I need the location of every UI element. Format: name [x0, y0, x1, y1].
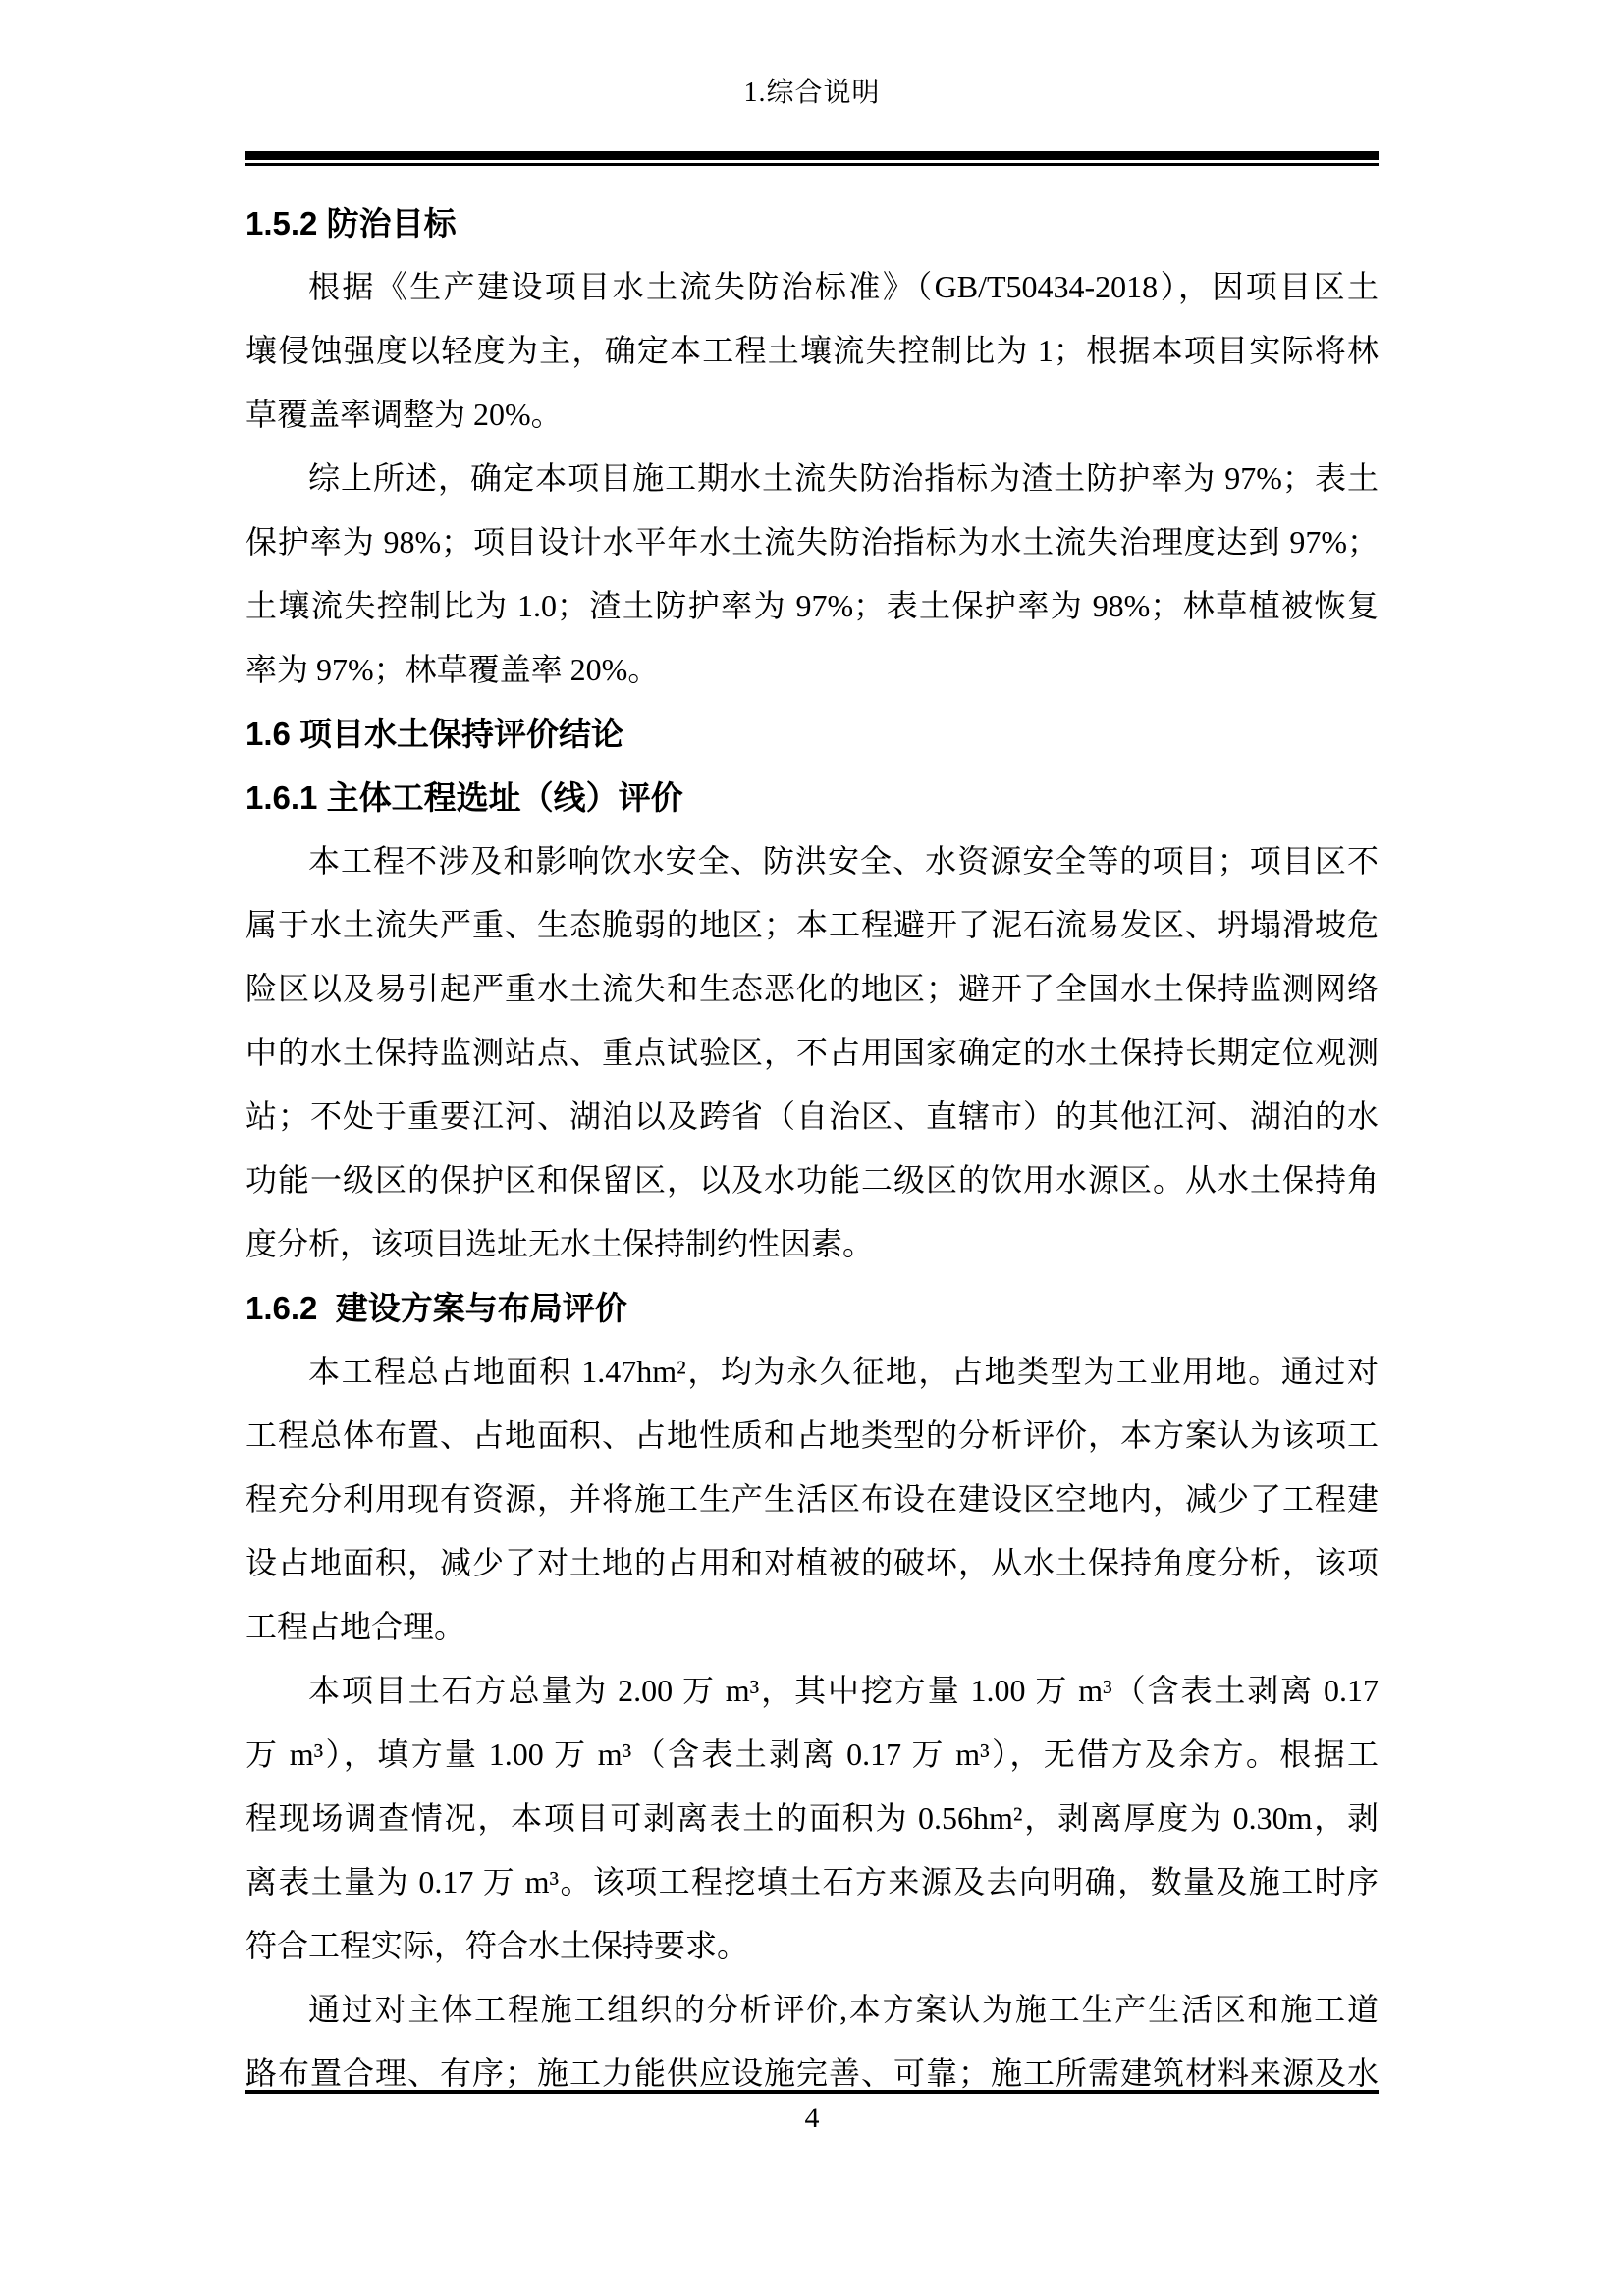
body-line: 保护率为 98%；项目设计水平年水土流失防治指标为水土流失治理度达到 97%；: [245, 510, 1379, 574]
section-heading: 1.6 项目水土保持评价结论: [245, 702, 1379, 766]
body-line: 离表土量为 0.17 万 m³。该项工程挖填土石方来源及去向明确，数量及施工时序: [245, 1850, 1379, 1914]
body-line: 设占地面积，减少了对土地的占用和对植被的破坏，从水土保持角度分析，该项: [245, 1531, 1379, 1595]
header-rule-thick: [245, 151, 1379, 160]
section-heading: 1.5.2 防治目标: [245, 191, 1379, 255]
body-line: 草覆盖率调整为 20%。: [245, 383, 1379, 447]
body-line: 万 m³），填方量 1.00 万 m³（含表土剥离 0.17 万 m³），无借方…: [245, 1723, 1379, 1787]
body-line: 根据《生产建设项目水土流失防治标准》（GB/T50434-2018），因项目区土: [245, 255, 1379, 319]
body-line: 功能一级区的保护区和保留区，以及水功能二级区的饮用水源区。从水土保持角: [245, 1148, 1379, 1212]
body-line: 路布置合理、有序；施工力能供应设施完善、可靠；施工所需建筑材料来源及水: [245, 2042, 1379, 2106]
body-line: 壤侵蚀强度以轻度为主，确定本工程土壤流失控制比为 1；根据本项目实际将林: [245, 319, 1379, 383]
body-line: 率为 97%；林草覆盖率 20%。: [245, 638, 1379, 702]
body-line: 站；不处于重要江河、湖泊以及跨省（自治区、直辖市）的其他江河、湖泊的水: [245, 1085, 1379, 1148]
document-body: 1.5.2 防治目标根据《生产建设项目水土流失防治标准》（GB/T50434-2…: [245, 191, 1379, 2106]
body-line: 险区以及易引起严重水土流失和生态恶化的地区；避开了全国水土保持监测网络: [245, 957, 1379, 1021]
body-line: 本工程总占地面积 1.47hm²，均为永久征地，占地类型为工业用地。通过对: [245, 1340, 1379, 1404]
page-header-title: 1.综合说明: [0, 77, 1624, 110]
footer-rule: [245, 2090, 1379, 2094]
body-line: 属于水土流失严重、生态脆弱的地区；本工程避开了泥石流易发区、坍塌滑坡危: [245, 893, 1379, 957]
body-line: 程充分利用现有资源，并将施工生产生活区布设在建设区空地内，减少了工程建: [245, 1468, 1379, 1531]
body-line: 通过对主体工程施工组织的分析评价,本方案认为施工生产生活区和施工道: [245, 1978, 1379, 2042]
body-line: 本工程不涉及和影响饮水安全、防洪安全、水资源安全等的项目；项目区不: [245, 829, 1379, 893]
body-line: 符合工程实际，符合水土保持要求。: [245, 1914, 1379, 1978]
page-number: 4: [0, 2099, 1624, 2138]
section-heading: 1.6.2 建设方案与布局评价: [245, 1276, 1379, 1340]
body-line: 度分析，该项目选址无水土保持制约性因素。: [245, 1212, 1379, 1276]
body-line: 本项目土石方总量为 2.00 万 m³，其中挖方量 1.00 万 m³（含表土剥…: [245, 1659, 1379, 1723]
document-page: 1.综合说明 1.5.2 防治目标根据《生产建设项目水土流失防治标准》（GB/T…: [0, 0, 1624, 2296]
body-line: 综上所述，确定本项目施工期水土流失防治指标为渣土防护率为 97%；表土: [245, 447, 1379, 510]
body-line: 工程占地合理。: [245, 1595, 1379, 1659]
body-line: 工程总体布置、占地面积、占地性质和占地类型的分析评价，本方案认为该项工: [245, 1404, 1379, 1468]
body-line: 程现场调查情况，本项目可剥离表土的面积为 0.56hm²，剥离厚度为 0.30m…: [245, 1787, 1379, 1850]
body-line: 中的水土保持监测站点、重点试验区，不占用国家确定的水土保持长期定位观测: [245, 1021, 1379, 1085]
header-rule-thin: [245, 163, 1379, 166]
body-line: 土壤流失控制比为 1.0；渣土防护率为 97%；表土保护率为 98%；林草植被恢…: [245, 574, 1379, 638]
section-heading: 1.6.1 主体工程选址（线）评价: [245, 766, 1379, 829]
